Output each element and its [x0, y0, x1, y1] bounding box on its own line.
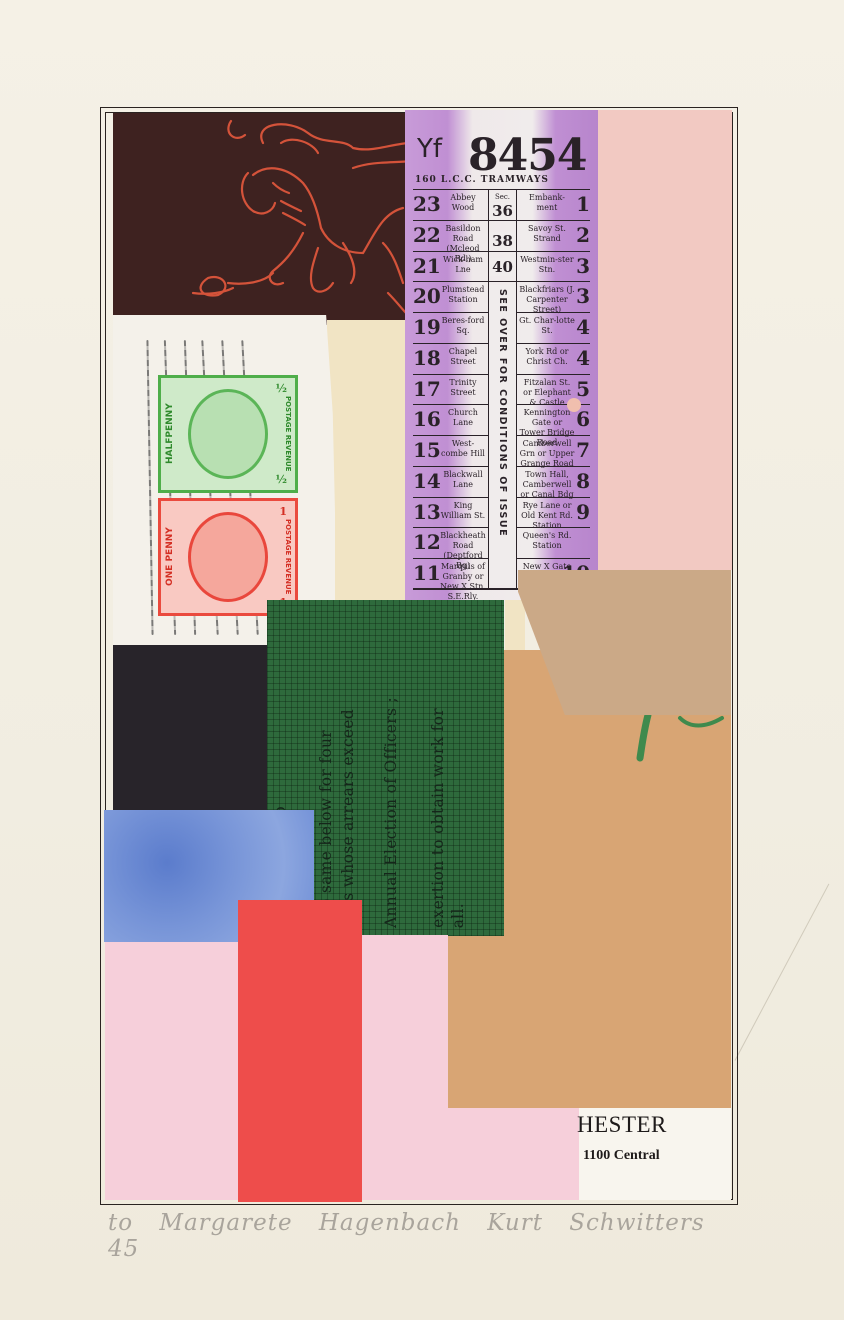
halfpenny-stamp: HALFPENNY POSTAGE REVENUE ½ ½ — [158, 375, 298, 493]
black-paper — [113, 645, 273, 817]
stamp-side-label: HALFPENNY — [165, 378, 175, 490]
fare-stage-number: 6 — [576, 407, 590, 431]
tram-ticket: Yf 8454 160 L.C.C. TRAMWAYS 23Abbey Wood… — [405, 110, 598, 603]
red-paper — [238, 900, 362, 1202]
cream-paper-fragment — [505, 600, 525, 650]
fare-stage-number: 8 — [576, 469, 590, 493]
fare-stage-number: 19 — [413, 315, 439, 339]
king-portrait-icon — [188, 512, 268, 602]
ticket-operator: 160 L.C.C. TRAMWAYS — [415, 175, 549, 185]
printed-phone-fragment: 1100 Central — [583, 1148, 660, 1164]
light-pink-paper — [105, 942, 240, 1200]
light-pink-paper — [360, 935, 448, 1200]
one-penny-stamp: ONE PENNY POSTAGE REVENUE 1 1 — [158, 498, 298, 616]
fare-stage-number: 12 — [413, 530, 439, 554]
fare-stage-name: Gt. Char-lotte St. — [519, 316, 575, 336]
ticket-series: Yf — [417, 134, 442, 164]
fare-stage-number: 4 — [576, 315, 590, 339]
printed-name-fragment: HESTER — [577, 1112, 667, 1138]
section-value: 38 — [489, 232, 516, 250]
fare-stage-name: Marquis of Granby or New X Stn. S.E.Rly. — [439, 562, 487, 602]
fare-stage-number: 9 — [576, 500, 590, 524]
lion-icon — [113, 113, 411, 325]
stamp-value-top: 1 — [279, 505, 287, 518]
fare-stage-number: 22 — [413, 223, 439, 247]
fare-stage-number: 20 — [413, 284, 439, 308]
fare-stage-name: York Rd or Christ Ch. — [519, 347, 575, 367]
stamp-side-label: ONE PENNY — [165, 501, 175, 613]
fare-stage-number: 4 — [576, 346, 590, 370]
fare-stage-name: Embank-ment — [519, 193, 575, 213]
ticket-header: Yf 8454 160 L.C.C. TRAMWAYS — [413, 130, 590, 190]
envelope-fragment: HALFPENNY POSTAGE REVENUE ½ ½ ONE PENNY … — [113, 315, 335, 645]
fare-stage-number: 16 — [413, 407, 439, 431]
fare-stage-number: 13 — [413, 500, 439, 524]
fare-stage-number: 21 — [413, 254, 439, 278]
fare-stage-number: 17 — [413, 377, 439, 401]
pencil-inscription: to Margarete Hagenbach Kurt Schwitters 4… — [108, 1210, 728, 1262]
lion-paper — [113, 113, 411, 325]
stamp-value-bottom: ½ — [276, 473, 287, 486]
fare-stage-name: Wick-ham Lne — [439, 255, 487, 275]
fare-stage-number: 18 — [413, 346, 439, 370]
fare-stage-name: Church Lane — [439, 408, 487, 428]
postmark-line — [146, 340, 153, 635]
text-line: all. — [449, 903, 467, 928]
fare-stage-name: Blackwall Lane — [439, 470, 487, 490]
text-line: exertion to obtain work for — [429, 708, 447, 928]
fare-stage-name: Blackfriars (J. Carpenter Street) — [519, 285, 575, 315]
text-line: Annual Election of Officers ; — [382, 697, 400, 928]
fare-stage-name: West-combe Hill — [439, 439, 487, 459]
fare-stage-name: Abbey Wood — [439, 193, 487, 213]
pink-paper-right — [597, 110, 732, 570]
fare-stage-name: Westmin-ster Stn. — [519, 255, 575, 275]
text-line: bers whose arrears exceed — [339, 709, 357, 928]
text-line: eep same below for four — [317, 730, 335, 928]
fare-stage-number: 11 — [413, 561, 439, 585]
section-value: 36 — [489, 202, 516, 220]
section-value: 40 — [489, 258, 516, 276]
fare-stage-name: Town Hall, Camberwell or Canal Bdg — [519, 470, 575, 500]
ticket-number: 8454 — [468, 130, 586, 181]
fare-stage-number: 1 — [576, 192, 590, 216]
fare-stage-number: 14 — [413, 469, 439, 493]
light-pink-paper — [447, 1108, 579, 1200]
fare-stage-name: Plumstead Station — [439, 285, 487, 305]
fare-stage-name: King William St. — [439, 501, 487, 521]
stamp-value-top: ½ — [276, 382, 287, 395]
fare-stage-number: 15 — [413, 438, 439, 462]
fare-stage-name: Chapel Street — [439, 347, 487, 367]
fare-stage-number: 7 — [576, 438, 590, 462]
ticket-fare-grid: 23Abbey WoodEmbank-ment122Basildon Road … — [413, 189, 590, 589]
fare-stage-name: Rye Lane or Old Kent Rd. Station — [519, 501, 575, 531]
punch-hole — [567, 398, 581, 412]
section-label: Sec. — [489, 193, 516, 201]
king-portrait-icon — [188, 389, 268, 479]
fare-stage-number: 2 — [576, 223, 590, 247]
cream-paper-strip — [327, 320, 412, 610]
fare-stage-name: Beres-ford Sq. — [439, 316, 487, 336]
ticket-conditions-text: SEE OVER FOR CONDITIONS OF ISSUE — [489, 285, 516, 585]
green-ink-mark-icon — [600, 710, 730, 770]
fare-stage-number: 23 — [413, 192, 439, 216]
fare-stage-name: Savoy St. Strand — [519, 224, 575, 244]
fare-stage-number: 5 — [576, 377, 590, 401]
fare-stage-name: Queen's Rd. Station — [519, 531, 575, 551]
fare-stage-number: 3 — [576, 254, 590, 278]
fare-stage-name: Camberwell Grn or Upper Grange Road — [519, 439, 575, 469]
fare-stage-number: 3 — [576, 284, 590, 308]
fare-stage-name: Trinity Street — [439, 378, 487, 398]
